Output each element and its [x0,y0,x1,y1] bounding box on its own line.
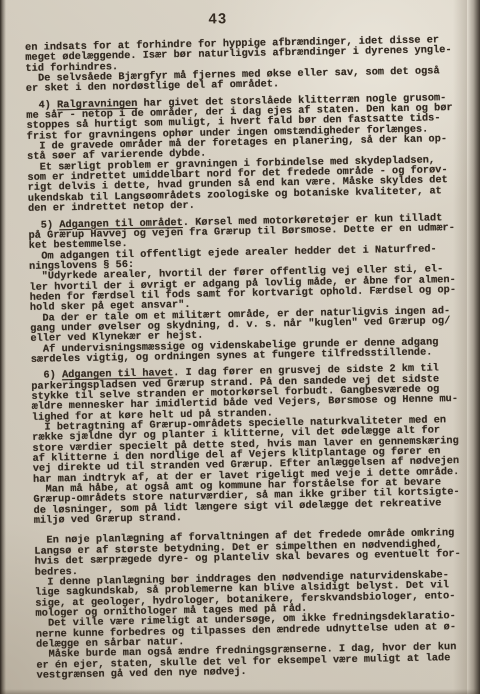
scanned-document-page: 43 en indsats for at forhindre for hyppi… [0,0,480,694]
paragraph: Et særligt problem er gravningen i forbi… [27,155,466,215]
paragraph: Måske burde man også ændre fredningsgræn… [36,642,474,681]
paper-crease [453,0,467,694]
text-body: en indsats for at forhindre for hyppige … [25,35,475,681]
text-segment: miljø ved Grærup strand. [34,512,183,527]
text-segment: vestgrænsen gå ved den nye nødvej. [37,666,247,682]
paragraph: Man må håbe, at også amt og kommune har … [33,477,472,526]
scan-edge-bottom [0,689,480,694]
scan-edge-left [0,0,6,694]
paragraph: 6) Adgangen til havet. I dag fører en gr… [31,363,470,423]
page-content: 43 en indsats for at forhindre for hyppi… [0,0,480,694]
paragraph: I betragtning af Grærup-områdets speciel… [32,415,471,485]
page-number: 43 [0,7,442,31]
scan-edge-right [467,0,480,694]
text-segment: den er indrettet netop der. [28,200,195,215]
